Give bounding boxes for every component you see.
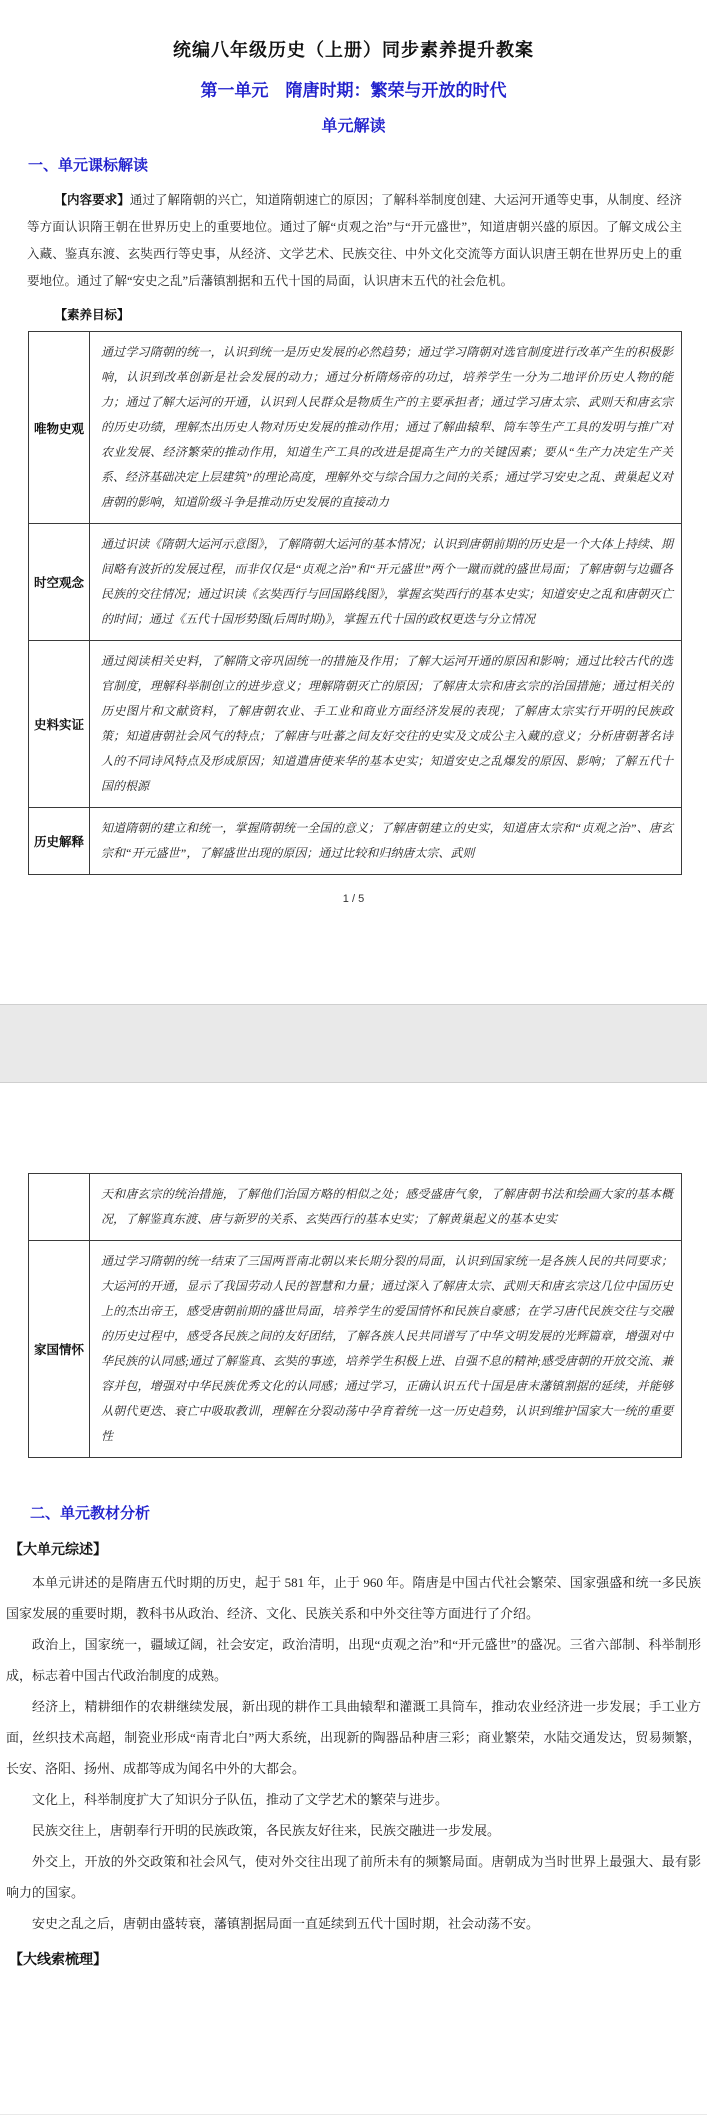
row-content-historical-evidence: 通过阅读相关史料，了解隋文帝巩固统一的措施及作用；了解大运河开通的原因和影响；通… [90, 641, 682, 808]
table-row: 唯物史观 通过学习隋朝的统一，认识到统一是历史发展的必然趋势；通过学习隋朝对选官… [29, 332, 682, 524]
document-page-1: 统编八年级历史（上册）同步素养提升教案 第一单元 隋唐时期：繁荣与开放的时代 单… [0, 0, 707, 1005]
literacy-goals-table-continued: 天和唐玄宗的统治措施，了解他们治国方略的相似之处；感受盛唐气象，了解唐朝书法和绘… [28, 1173, 682, 1458]
row-content-spacetime-concept: 通过识读《隋朝大运河示意图》，了解隋朝大运河的基本情况；认识到唐朝前期的历史是一… [90, 524, 682, 641]
table-row: 天和唐玄宗的统治措施，了解他们治国方略的相似之处；感受盛唐气象，了解唐朝书法和绘… [29, 1174, 682, 1241]
page-number: 1 / 5 [0, 893, 707, 905]
content-requirements-text: 通过了解隋朝的兴亡，知道隋朝速亡的原因；了解科举制度创建、大运河开通等史事，从制… [27, 193, 682, 288]
literacy-goals-table: 唯物史观 通过学习隋朝的统一，认识到统一是历史发展的必然趋势；通过学习隋朝对选官… [28, 331, 682, 875]
row-label-historical-evidence: 史料实证 [29, 641, 90, 808]
unit-subtitle: 单元解读 [20, 113, 687, 136]
analysis-paragraph-economy: 经济上，精耕细作的农耕继续发展，新出现的耕作工具曲辕犁和灌溉工具筒车，推动农业经… [6, 1691, 701, 1784]
row-content-family-country-feeling: 通过学习隋朝的统一结束了三国两晋南北朝以来长期分裂的局面，认识到国家统一是各族人… [90, 1241, 682, 1458]
row-label-materialist-view: 唯物史观 [29, 332, 90, 524]
section-2-heading: 二、单元教材分析 [30, 1502, 707, 1523]
main-clue-label: 【大线索梳理】 [9, 1949, 707, 1969]
row-content-materialist-view: 通过学习隋朝的统一，认识到统一是历史发展的必然趋势；通过学习隋朝对选官制度进行改… [90, 332, 682, 524]
document-title: 统编八年级历史（上册）同步素养提升教案 [20, 36, 687, 62]
analysis-paragraph-overview: 本单元讲述的是隋唐五代时期的历史，起于 581 年，止于 960 年。隋唐是中国… [6, 1567, 701, 1629]
table-row: 时空观念 通过识读《隋朝大运河示意图》，了解隋朝大运河的基本情况；认识到唐朝前期… [29, 524, 682, 641]
unit-title: 第一单元 隋唐时期：繁荣与开放的时代 [20, 76, 687, 101]
unit-overview-label: 【大单元综述】 [9, 1539, 707, 1559]
row-label-spacetime-concept: 时空观念 [29, 524, 90, 641]
page-separator [0, 1005, 707, 1082]
analysis-paragraph-diplomacy: 外交上，开放的外交政策和社会风气，使对外交往出现了前所未有的频繁局面。唐朝成为当… [6, 1846, 701, 1908]
row-content-historical-interpretation-continued: 天和唐玄宗的统治措施，了解他们治国方略的相似之处；感受盛唐气象，了解唐朝书法和绘… [90, 1174, 682, 1241]
row-label-historical-interpretation: 历史解释 [29, 808, 90, 875]
table-row: 家国情怀 通过学习隋朝的统一结束了三国两晋南北朝以来长期分裂的局面，认识到国家统… [29, 1241, 682, 1458]
analysis-paragraph-ethnic-relations: 民族交往上，唐朝奉行开明的民族政策，各民族友好往来，民族交融进一步发展。 [6, 1815, 701, 1846]
analysis-paragraph-culture: 文化上，科举制度扩大了知识分子队伍，推动了文学艺术的繁荣与进步。 [6, 1784, 701, 1815]
content-requirements-label: 【内容要求】 [55, 193, 130, 207]
table-row: 历史解释 知道隋朝的建立和统一，掌握隋朝统一全国的意义；了解唐朝建立的史实，知道… [29, 808, 682, 875]
analysis-paragraph-politics: 政治上，国家统一，疆域辽阔，社会安定，政治清明，出现“贞观之治”和“开元盛世”的… [6, 1629, 701, 1691]
content-requirements-paragraph: 【内容要求】通过了解隋朝的兴亡，知道隋朝速亡的原因；了解科举制度创建、大运河开通… [27, 187, 682, 295]
analysis-paragraph-anshi-rebellion: 安史之乱之后，唐朝由盛转衰，藩镇割据局面一直延续到五代十国时期，社会动荡不安。 [6, 1908, 701, 1939]
row-label-family-country-feeling: 家国情怀 [29, 1241, 90, 1458]
row-label-empty-continuation [29, 1174, 90, 1241]
section-1-heading: 一、单元课标解读 [28, 154, 707, 175]
table-row: 史料实证 通过阅读相关史料，了解隋文帝巩固统一的措施及作用；了解大运河开通的原因… [29, 641, 682, 808]
literacy-goals-label: 【素养目标】 [27, 305, 682, 323]
document-page-2: 天和唐玄宗的统治措施，了解他们治国方略的相似之处；感受盛唐气象，了解唐朝书法和绘… [0, 1082, 707, 2114]
row-content-historical-interpretation: 知道隋朝的建立和统一，掌握隋朝统一全国的意义；了解唐朝建立的史实，知道唐太宗和“… [90, 808, 682, 875]
